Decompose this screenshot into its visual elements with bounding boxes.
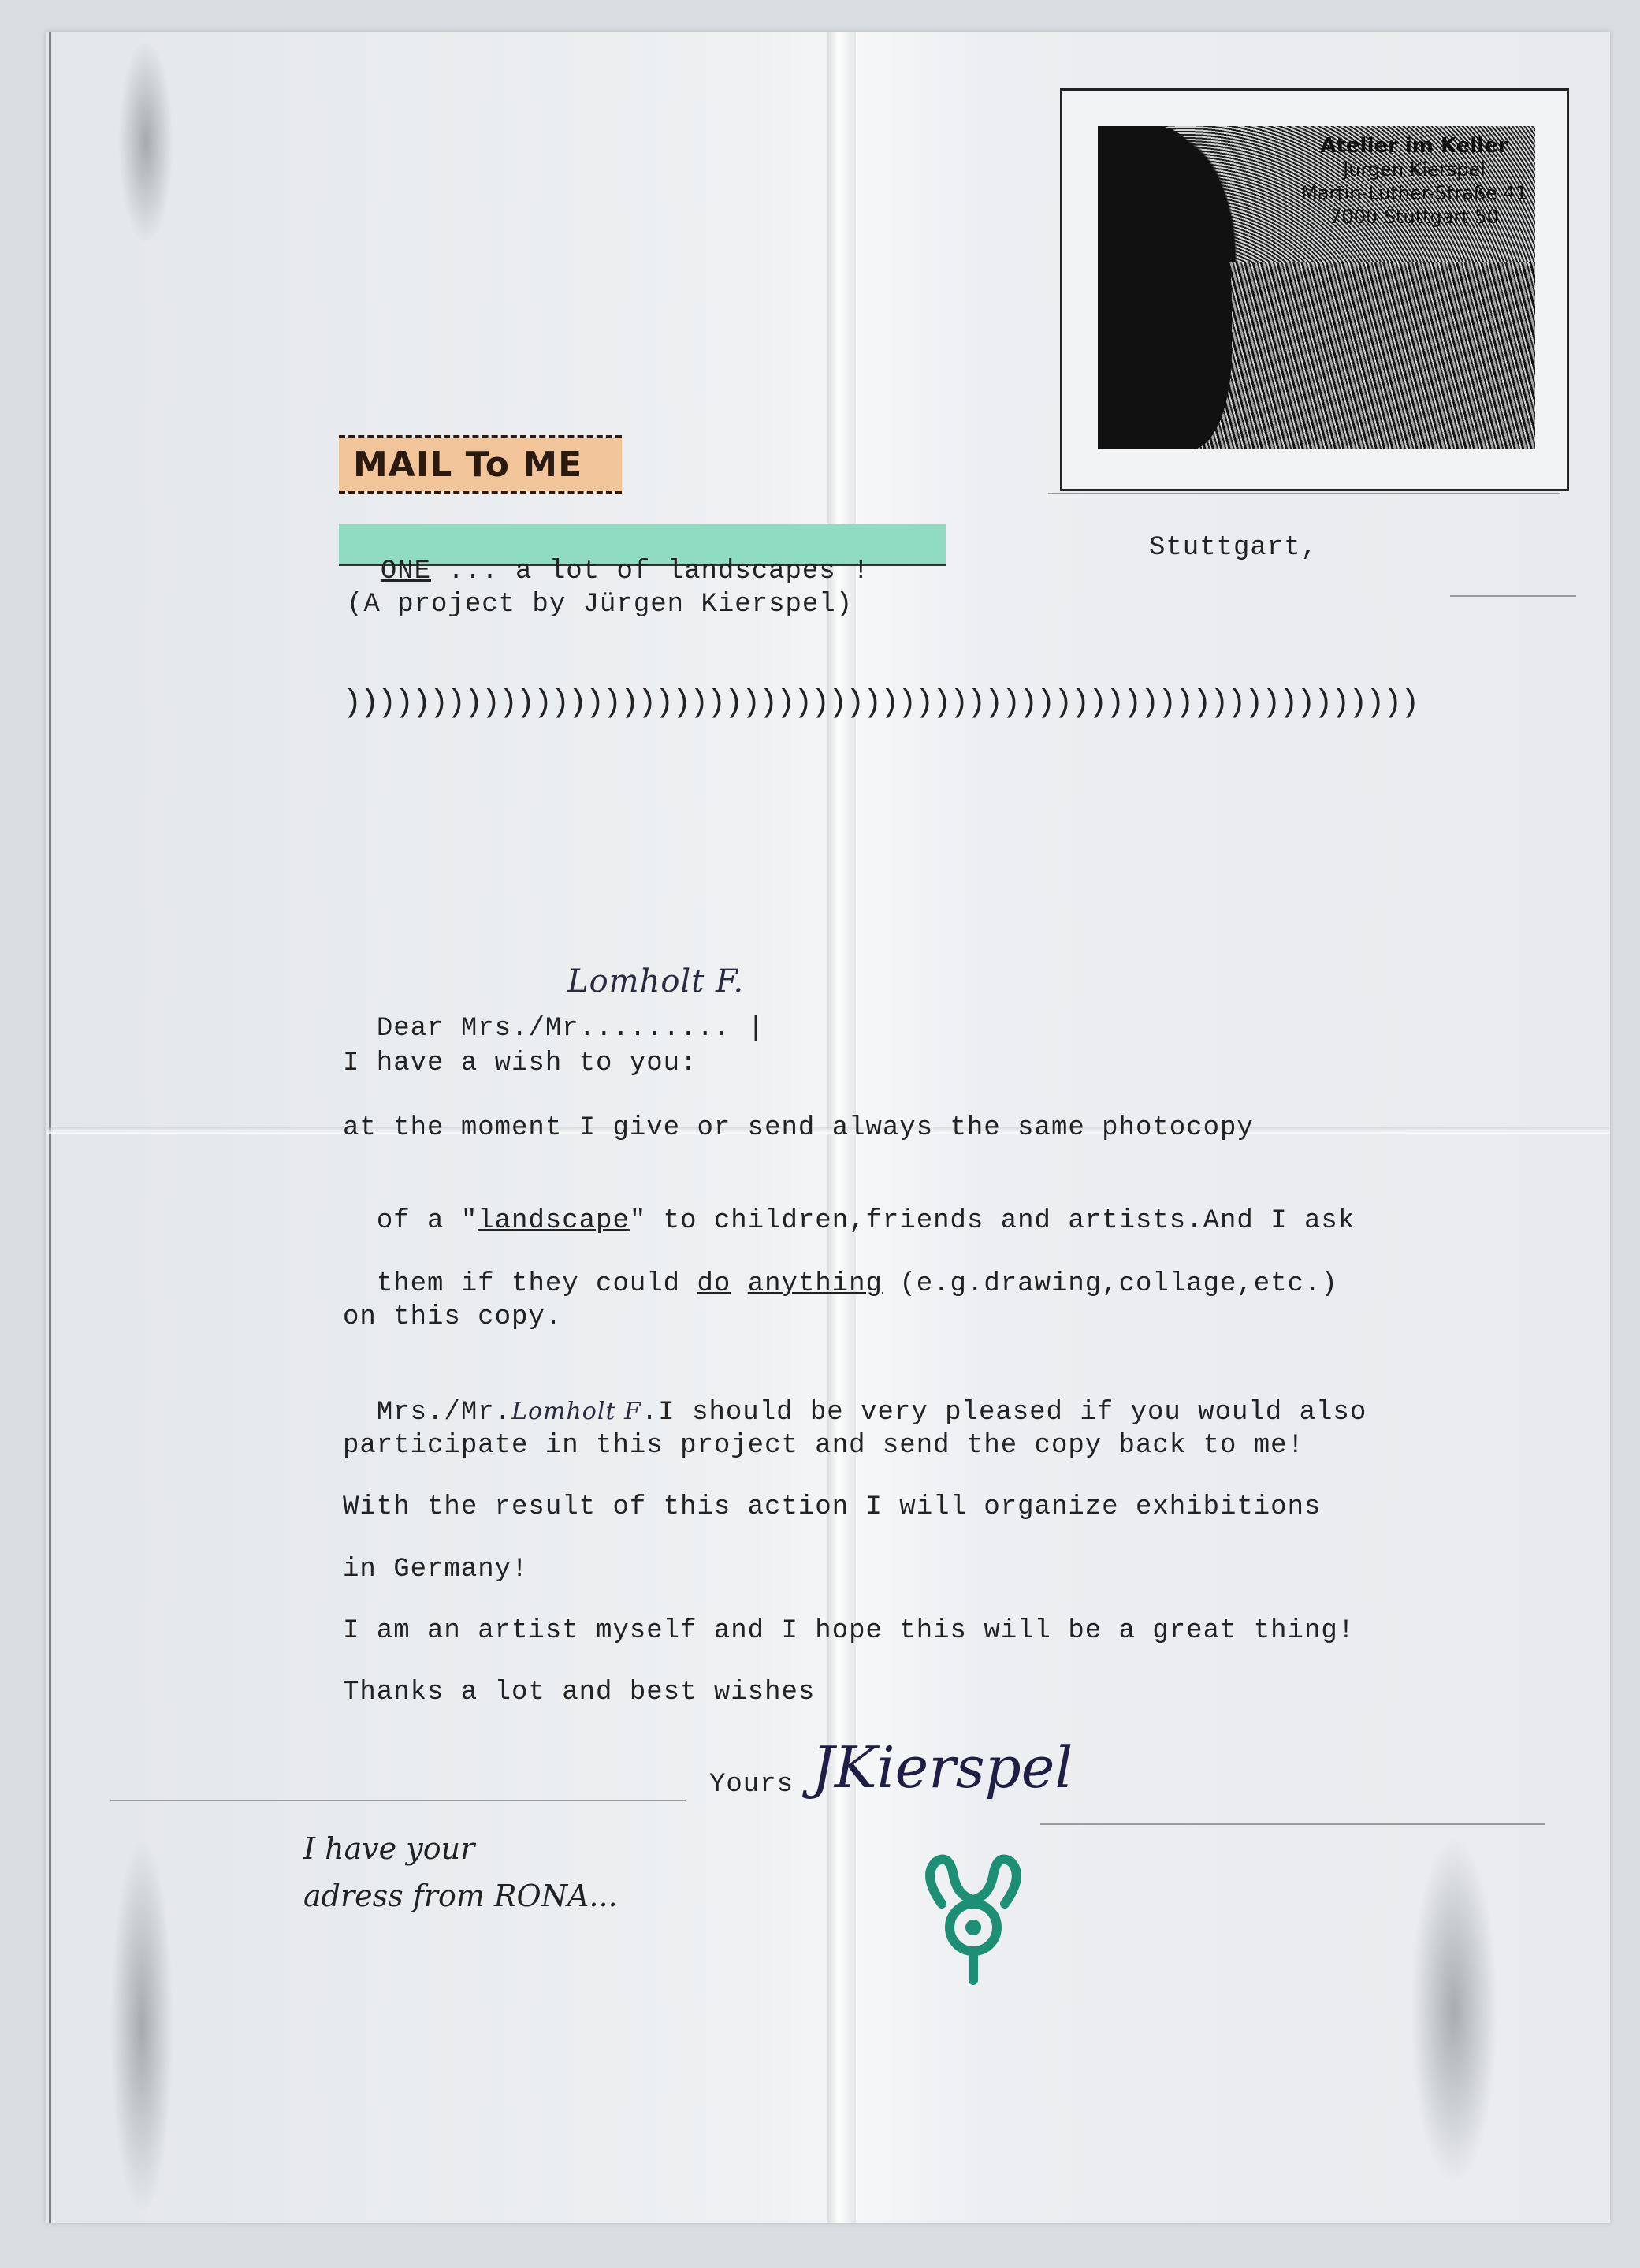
letterhead-city: 7000 Stuttgart 50 (1301, 205, 1527, 229)
headline-one: ONE (381, 557, 431, 587)
body-line-8: With the result of this action I will or… (343, 1492, 1321, 1522)
salutation-typed: Dear Mrs./Mr. (377, 1014, 596, 1044)
footer-rule-left (110, 1800, 686, 1801)
body-line-11: Thanks a lot and best wishes (343, 1678, 815, 1708)
handwritten-note: I have your adress from RONA... (303, 1825, 618, 1920)
toner-smudge-top-left (118, 39, 173, 244)
body-line-4-post: (e.g.drawing,collage,etc.) (883, 1269, 1338, 1299)
salutation-trail: | (731, 1014, 764, 1044)
body-line-3-post: " to children,friends and artists.And I … (630, 1206, 1355, 1236)
toner-smudge-bottom-right (1411, 1837, 1497, 2184)
subtitle: (A project by Jürgen Kierspel) (347, 590, 853, 620)
word-landscape: landscape (478, 1206, 630, 1236)
date-line (1450, 595, 1576, 597)
footer-rule-right (1040, 1823, 1545, 1825)
letterhead-name: Jürgen Kierspel (1301, 158, 1527, 181)
body-line-4-space (731, 1269, 747, 1299)
headline: ONE ... a lot of landscapes ! (347, 527, 870, 587)
salutation-dots: ........ (596, 1014, 731, 1044)
handnote-line-2: adress from RONA... (303, 1872, 618, 1920)
letterhead-address: Atelier im Keller Jürgen Kierspel Martin… (1301, 134, 1527, 229)
body-line-5: on this copy. (343, 1302, 562, 1332)
letterhead-underline (1048, 493, 1560, 494)
letterhead-title: Atelier im Keller (1301, 134, 1527, 158)
word-do: do (697, 1269, 731, 1299)
mail-to-me-stamp: MAIL To ME (339, 435, 622, 494)
headline-rest: ... a lot of landscapes ! (431, 557, 870, 587)
handwritten-name-2: Lomholt F (511, 1398, 641, 1425)
body-line-6-pre: Mrs./Mr. (377, 1398, 511, 1428)
toner-smudge-bottom-left (110, 1837, 173, 2215)
word-anything: anything (748, 1269, 883, 1299)
body-line-7: participate in this project and send the… (343, 1431, 1304, 1461)
body-line-10: I am an artist myself and I hope this wi… (343, 1616, 1355, 1646)
body-line-1: I have a wish to you: (343, 1048, 697, 1078)
handwritten-recipient-name: Lomholt F. (567, 963, 744, 1000)
body-line-4-pre: them if they could (377, 1269, 697, 1299)
letterhead-street: Martin-Luther-Straße 41 (1301, 181, 1527, 205)
artist-symbol-stamp-icon (918, 1845, 1028, 1987)
tree-silhouette (1098, 126, 1232, 449)
body-line-3: of a "landscape" to children,friends and… (343, 1176, 1355, 1236)
letterhead-box: Atelier im Keller Jürgen Kierspel Martin… (1060, 88, 1569, 491)
body-line-4: them if they could do anything (e.g.draw… (343, 1239, 1338, 1299)
place-date: Stuttgart, (1149, 533, 1318, 563)
parenthesis-divider: ))))))))))))))))))))))))))))))))))))))))… (343, 686, 1418, 721)
body-line-6-post: .I should be very pleased if you would a… (641, 1398, 1367, 1428)
handwritten-signature: JKierspel (812, 1734, 1073, 1801)
body-line-2: at the moment I give or send always the … (343, 1113, 1254, 1143)
body-line-6: Mrs./Mr.Lomholt F.I should be very pleas… (343, 1368, 1367, 1428)
handnote-line-1: I have your (303, 1825, 618, 1872)
closing: Yours (709, 1770, 794, 1800)
body-line-9: in Germany! (343, 1555, 528, 1585)
body-line-3-pre: of a " (377, 1206, 478, 1236)
